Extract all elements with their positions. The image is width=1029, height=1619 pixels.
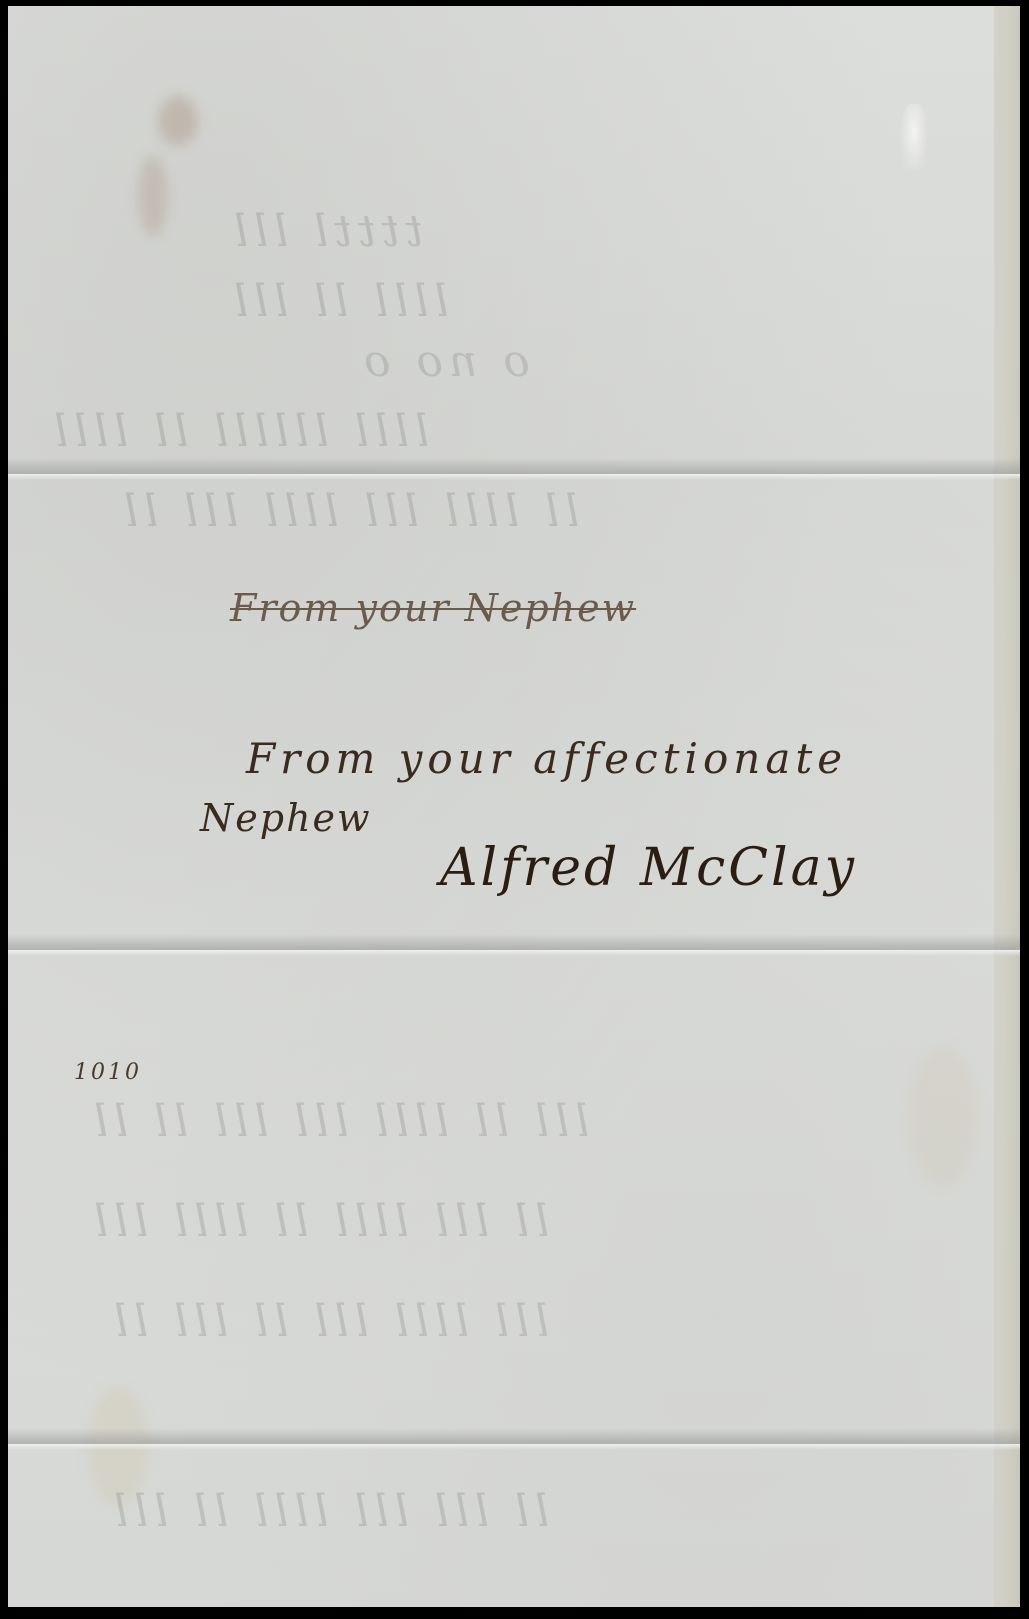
closing-continued: Nephew: [200, 796, 372, 840]
bleed-through-text: ll lll lll llll ll lll: [108, 1486, 549, 1537]
bleed-through-text: lll llll lll ll lll ll: [108, 1296, 549, 1347]
fold-line-2: [8, 934, 1020, 956]
bleed-through-text: llll ll lll: [228, 276, 449, 327]
bleed-through-text: ll llll lll llll lll ll: [118, 486, 579, 537]
stain-top-left: [158, 96, 198, 146]
signature: Alfred McClay: [440, 838, 857, 898]
paper-edge: [994, 6, 1020, 1607]
stain-right: [908, 1046, 978, 1186]
embossed-mark: [901, 104, 927, 170]
letter-page: ttttl lll llll ll lll o no o llll llllll…: [8, 6, 1020, 1607]
stain-left: [138, 156, 168, 236]
bleed-through-text: ll lll llll ll llll lll: [88, 1196, 549, 1247]
struck-closing-line: From your Nephew: [230, 586, 636, 630]
fold-line-3: [8, 1428, 1020, 1450]
bleed-through-text: ttttl lll: [228, 206, 423, 257]
bleed-through-text: o no o: [358, 336, 530, 387]
fold-line-1: [8, 458, 1020, 480]
closing-line: From your affectionate: [246, 734, 847, 783]
margin-note: 1010: [74, 1060, 142, 1085]
bleed-through-text: llll llllll ll llll: [48, 406, 429, 457]
bleed-through-text: lll ll llll lll lll ll ll: [88, 1096, 589, 1147]
